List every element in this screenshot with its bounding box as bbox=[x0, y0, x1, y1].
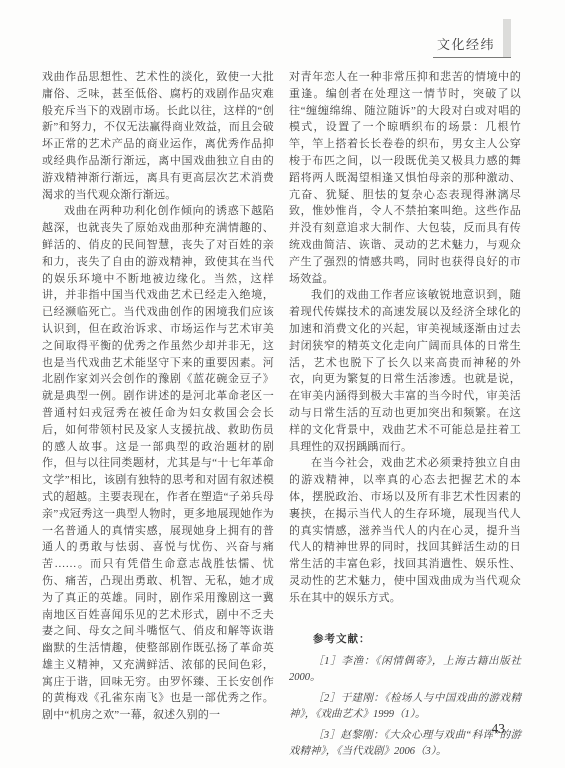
paper-page: 文化经纬 戏曲作品思想性、艺术性的淡化，致使一大批庸俗、乏味，甚至低俗、腐朽的戏… bbox=[0, 0, 565, 768]
left-column: 戏曲作品思想性、艺术性的淡化，致使一大批庸俗、乏味，甚至低俗、腐朽的戏剧作品灾难… bbox=[42, 69, 274, 765]
right-column: 对青年恋人在一种非常压抑和悲苦的情境中的重逢。编创者在处理这一情节时，突破了以往… bbox=[289, 69, 521, 765]
section-title: 文化经纬 bbox=[433, 34, 503, 57]
reference-item: ［2］于建刚：《检场人与中国戏曲的游戏精神》，《戏曲艺术》1999（1）。 bbox=[289, 691, 521, 724]
paragraph: 在当今社会，戏曲艺术必须秉持独立自由的游戏精神，以率真的心态去把握艺术的本体，摆… bbox=[289, 455, 521, 606]
header-decoration-bar bbox=[503, 19, 511, 57]
references-heading: 参考文献： bbox=[313, 631, 521, 646]
reference-item: ［3］赵黎刚：《大众心理与戏曲“科诨”的游戏精神》，《当代戏剧》2006（3）。 bbox=[289, 728, 521, 761]
article-body: 戏曲作品思想性、艺术性的淡化，致使一大批庸俗、乏味，甚至低俗、腐朽的戏剧作品灾难… bbox=[42, 69, 521, 765]
reference-item: ［1］李渔：《闲情偶寄》，上海古籍出版社2000。 bbox=[289, 654, 521, 687]
page-number: 43 bbox=[492, 721, 506, 737]
paragraph: 戏曲作品思想性、艺术性的淡化，致使一大批庸俗、乏味，甚至低俗、腐朽的戏剧作品灾难… bbox=[42, 69, 274, 203]
paragraph: 我们的戏曲工作者应该敏锐地意识到，随着现代传媒技术的高速发展以及经济全球化的加速… bbox=[289, 287, 521, 455]
references-section: 参考文献： ［1］李渔：《闲情偶寄》，上海古籍出版社2000。 ［2］于建刚：《… bbox=[289, 631, 521, 761]
paragraph: 戏曲在两种功利化创作倾向的诱惑下越陷越深，也就丧失了原始戏曲那种充满情趣的、鲜活… bbox=[42, 203, 274, 724]
page-header: 文化经纬 bbox=[433, 19, 511, 58]
paragraph: 对青年恋人在一种非常压抑和悲苦的情境中的重逢。编创者在处理这一情节时，突破了以往… bbox=[289, 69, 521, 287]
